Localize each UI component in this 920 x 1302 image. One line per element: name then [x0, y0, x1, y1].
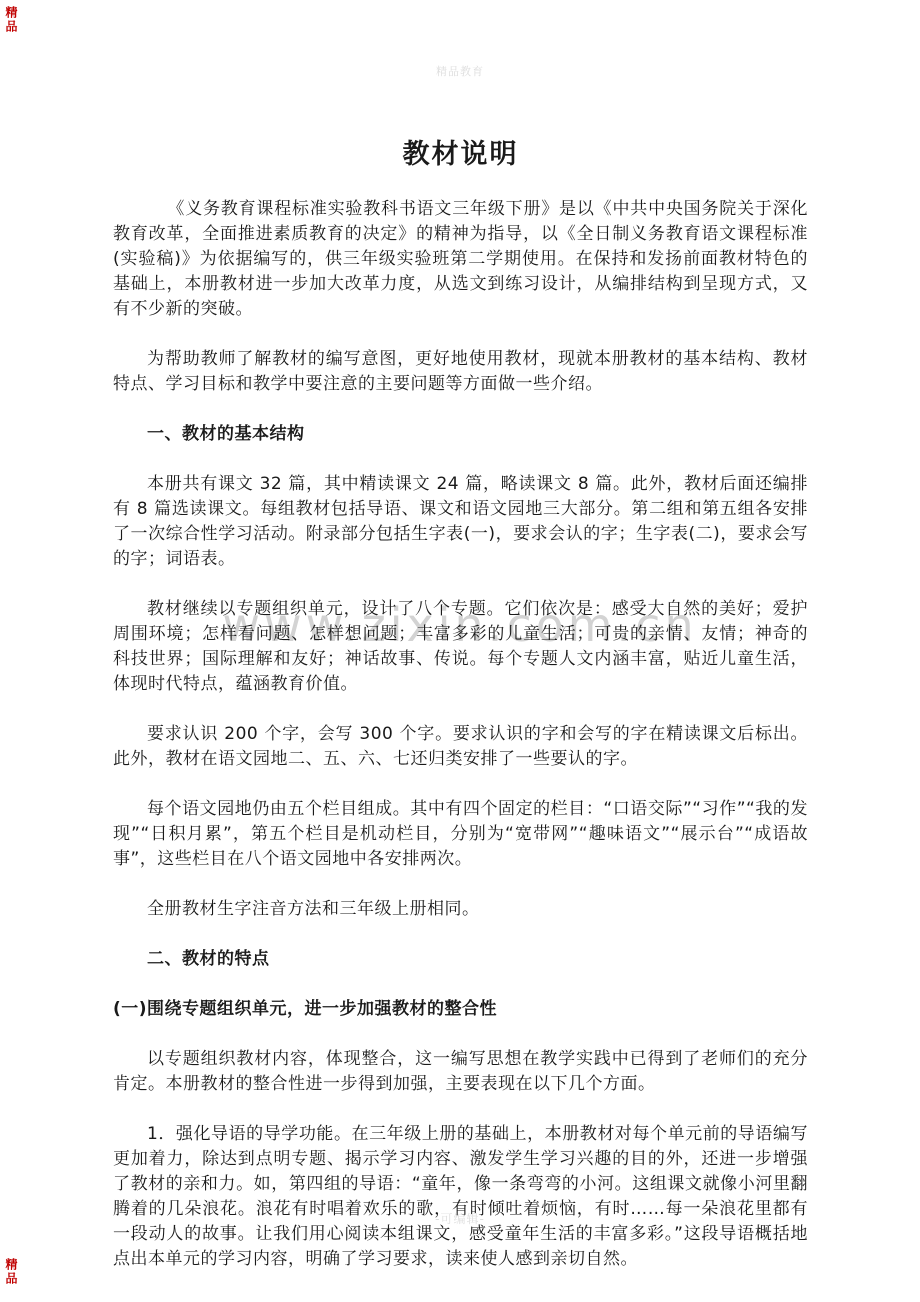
- section-heading-basic-structure: 一、教材的基本结构: [113, 422, 808, 447]
- document-title: 教材说明: [113, 132, 808, 171]
- paragraph-character-requirements: 要求认识 200 个字，会写 300 个字。要求认识的字和会写的字在精读课文后标…: [113, 722, 808, 772]
- red-stamp-bottom-left: 精品: [4, 1258, 18, 1286]
- red-stamp-top-left: 精品: [4, 6, 18, 34]
- document-body: 教材说明 《义务教育课程标准实验教科书语文三年级下册》是以《中共中央国务院关于深…: [113, 132, 808, 1297]
- paragraph-intro: 《义务教育课程标准实验教科书语文三年级下册》是以《中共中央国务院关于深化教育改革…: [113, 197, 808, 322]
- paragraph-themes: 教材继续以专题组织单元，设计了八个专题。它们依次是：感受大自然的美好；爱护周围环…: [113, 597, 808, 697]
- paragraph-pinyin-note: 全册教材生字注音方法和三年级上册相同。: [113, 897, 808, 922]
- section-heading-features: 二、教材的特点: [113, 947, 808, 972]
- paragraph-garden-columns: 每个语文园地仍由五个栏目组成。其中有四个固定的栏目：“口语交际”“习作”“我的发…: [113, 797, 808, 872]
- paragraph-integration-intro: 以专题组织教材内容，体现整合，这一编写思想在教学实践中已得到了老师们的充分肯定。…: [113, 1047, 808, 1097]
- watermark-top-center: 精品教育: [0, 63, 920, 79]
- paragraph-unit-lead-function: 1．强化导语的导学功能。在三年级上册的基础上，本册教材对每个单元前的导语编写更加…: [113, 1122, 808, 1272]
- subsection-heading-integration: (一)围绕专题组织单元，进一步加强教材的整合性: [113, 997, 808, 1022]
- paragraph-lesson-counts: 本册共有课文 32 篇，其中精读课文 24 篇，略读课文 8 篇。此外，教材后面…: [113, 472, 808, 572]
- watermark-bottom-center: -可编辑-: [0, 1210, 920, 1227]
- paragraph-purpose: 为帮助教师了解教材的编写意图，更好地使用教材，现就本册教材的基本结构、教材特点、…: [113, 347, 808, 397]
- document-page: 精品 精品教育 www.zixin.com.cn 教材说明 《义务教育课程标准实…: [0, 0, 920, 1302]
